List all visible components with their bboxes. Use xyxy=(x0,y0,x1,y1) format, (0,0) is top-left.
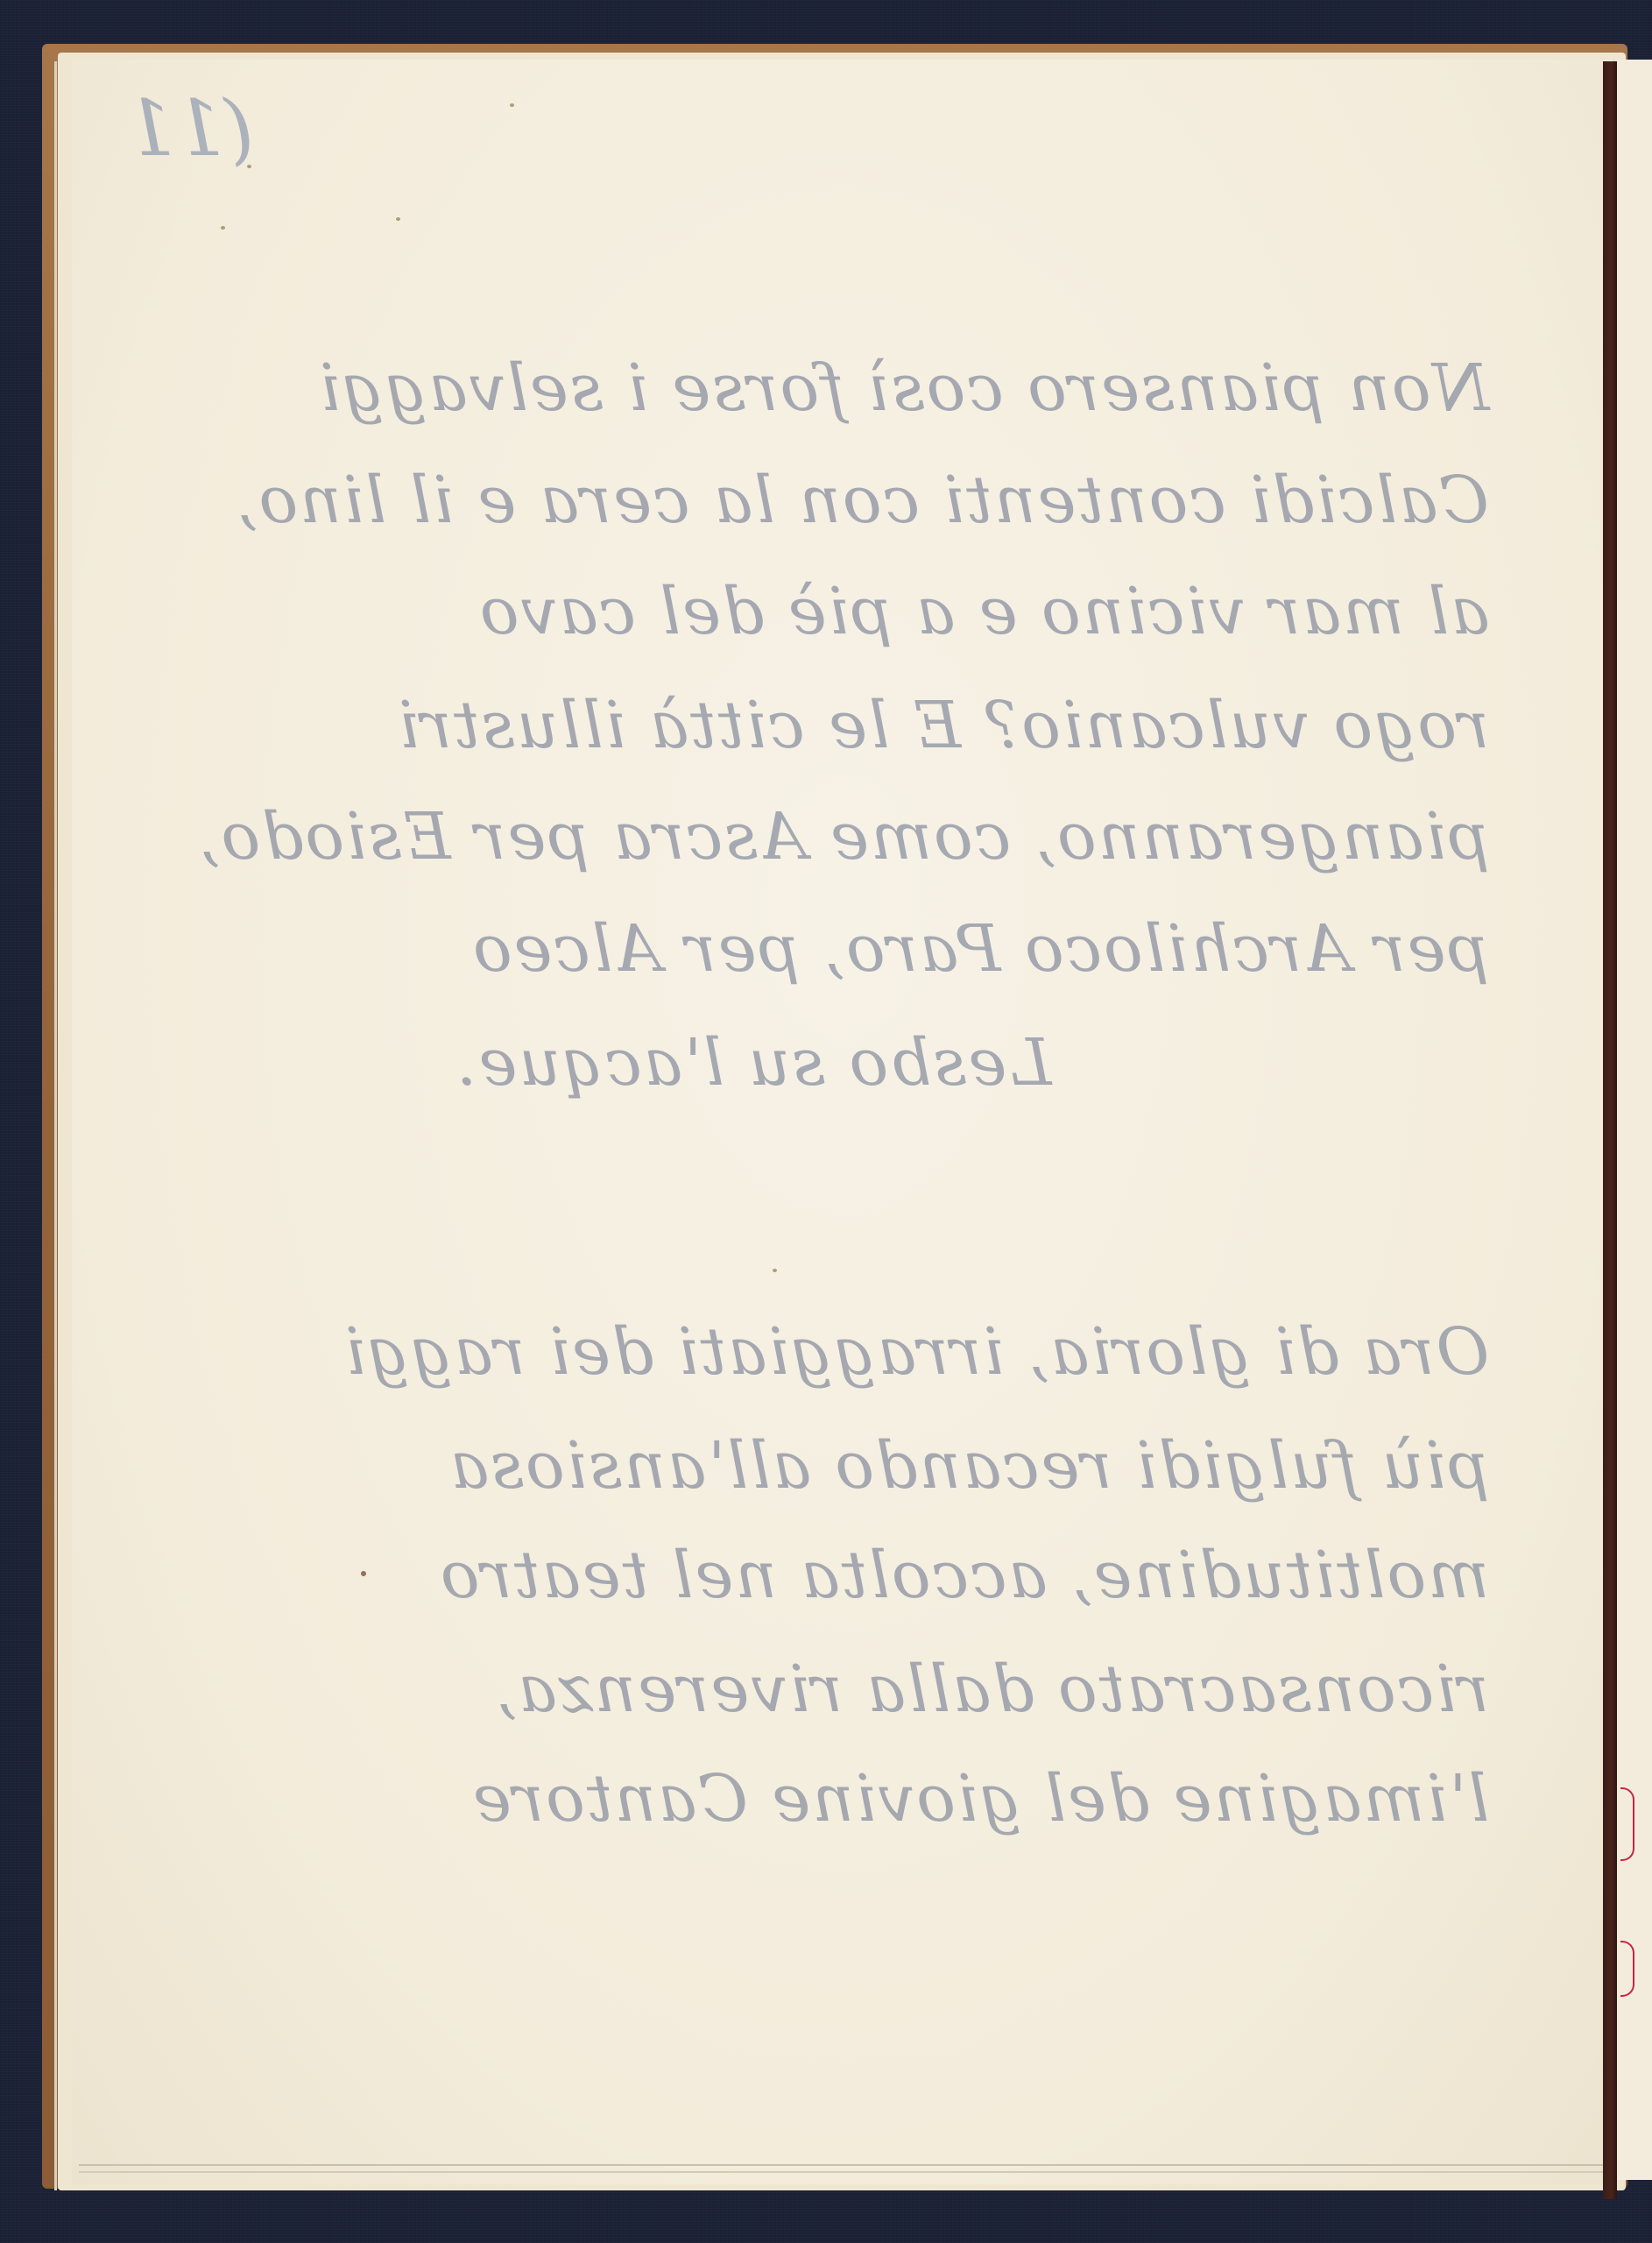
binding-thread xyxy=(1620,1787,1634,1861)
text-line: per Archiloco Paro, per Alceo xyxy=(471,911,1489,987)
text-line: al mar vicino e a piè del cavo xyxy=(478,574,1489,649)
page-number: (11 xyxy=(149,83,254,188)
text-line: Ora di gloria, irraggiati dei raggi xyxy=(343,1314,1489,1390)
text-line: Lesbo su l'acque. xyxy=(455,1025,1051,1100)
book-gutter xyxy=(1603,61,1617,2199)
text-line: più fulgidi recando all'ansiosa xyxy=(448,1428,1489,1504)
facing-page-edge xyxy=(1617,60,1652,2180)
page-edge-bottom xyxy=(79,2164,1612,2166)
paper-speck xyxy=(510,103,514,107)
paper-speck xyxy=(396,217,400,221)
text-line: piangeranno, come Ascra per Esiodo, xyxy=(197,799,1489,874)
page-edge xyxy=(54,61,57,2190)
paper-speck xyxy=(221,226,225,230)
text-line: riconsacrato dalla riverenza, xyxy=(494,1652,1489,1727)
text-line: rogo vulcanio? E le città illustri xyxy=(397,688,1489,763)
paper-speck xyxy=(773,1269,777,1272)
text-line: moltitudine, accolta nel teatro xyxy=(439,1538,1489,1613)
text-line: Calcidi contenti con la cera e il lino, xyxy=(235,463,1489,538)
paper-speck xyxy=(361,1571,366,1576)
page-edge-bottom xyxy=(79,2171,1612,2173)
binding-thread xyxy=(1620,1941,1634,1997)
text-line: l'imagine del giovine Cantore xyxy=(471,1761,1489,1836)
text-line: Non piansero così forse i selvaggi xyxy=(318,350,1489,426)
